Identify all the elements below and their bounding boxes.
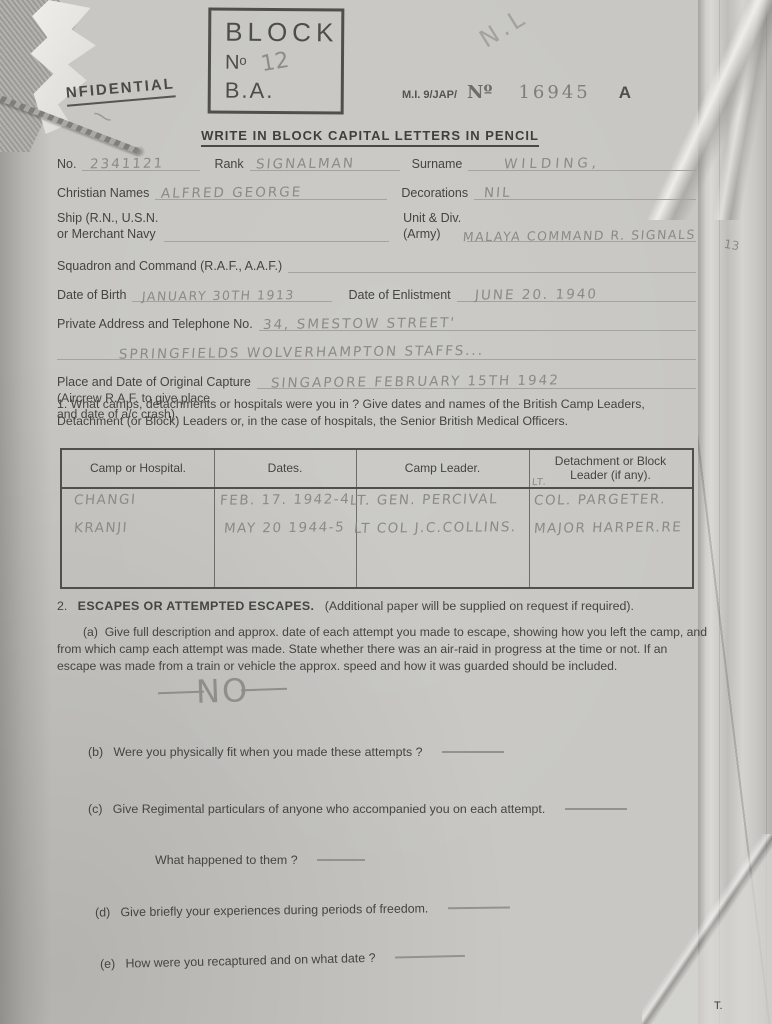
question-2d-label: (d) xyxy=(95,905,110,919)
field-decorations-value: NIL xyxy=(473,185,512,201)
field-rank-value: SIGNALMAN xyxy=(249,155,355,172)
file-ref-letter: A xyxy=(619,83,631,102)
field-surname-label: Surname xyxy=(400,157,469,171)
block-stamp-no-line: No12 xyxy=(225,50,341,76)
question-2c-label: (c) xyxy=(88,802,102,816)
pencil-scribble: ~ xyxy=(88,101,117,133)
row-christian-decorations: Christian Names ALFRED GEORGE Decoration… xyxy=(57,182,696,200)
answer-2a-no: NO xyxy=(157,670,287,712)
field-ship-line xyxy=(164,224,389,242)
question-2c: (c) Give Regimental particulars of anyon… xyxy=(88,802,627,816)
table-row-1-camp: CHANGI xyxy=(73,492,137,509)
file-ref-number: 16945 xyxy=(518,82,590,103)
field-unit-label: Unit & Div.(Army) xyxy=(389,211,467,242)
answer-2e-dash xyxy=(395,955,465,959)
block-stamp-title: BLOCK xyxy=(225,17,341,49)
field-address-value: 34, SMESTOW STREET' xyxy=(258,315,456,333)
table-header-camp: Camp or Hospital. xyxy=(62,450,214,487)
question-1: 1. What camps, detachments or hospitals … xyxy=(57,396,702,430)
field-dob-label: Date of Birth xyxy=(57,288,132,302)
field-christian-label: Christian Names xyxy=(57,186,155,200)
field-no-label: No. xyxy=(57,157,82,171)
field-dob-line: JANUARY 30TH 1913 xyxy=(132,284,332,302)
field-surname-line: WILDING, xyxy=(468,153,696,171)
field-capture-line: SINGAPORE FEBRUARY 15TH 1942 xyxy=(257,371,696,389)
field-unit-line: MALAYA COMMAND R. SIGNALS xyxy=(467,224,696,242)
file-reference: M.I. 9/JAP/Nº16945A xyxy=(402,82,631,103)
section-2-note: (Additional paper will be supplied on re… xyxy=(325,599,634,613)
pencil-note-top: N.L xyxy=(474,3,532,54)
table-row-2-dates: MAY 20 1944-5 xyxy=(223,519,346,536)
section-2-number: 2. xyxy=(57,599,67,613)
block-number-stamp: BLOCK No12 B.A. xyxy=(208,8,345,115)
table-row-1-detachment: COL. PARGETER. xyxy=(533,491,666,508)
question-2e: (e) How were you recaptured and on what … xyxy=(100,949,465,971)
section-2-heading: 2. ESCAPES OR ATTEMPTED ESCAPES. (Additi… xyxy=(57,599,707,613)
block-stamp-no-ordinal: o xyxy=(239,53,246,68)
field-christian-line: ALFRED GEORGE xyxy=(155,182,387,200)
question-2c2-text: What happened to them ? xyxy=(155,853,298,867)
corner-mark: T. xyxy=(714,1000,723,1012)
table-row-2-leader: LT COL J.C.COLLINS. xyxy=(353,519,517,537)
question-2d: (d) Give briefly your experiences during… xyxy=(95,900,510,919)
table-header-leader: Camp Leader. xyxy=(356,450,529,487)
question-2d-text: Give briefly your experiences during per… xyxy=(120,901,428,919)
personal-details-form: No. 2341121 Rank SIGNALMAN Surname WILDI… xyxy=(57,153,696,423)
field-rank-line: SIGNALMAN xyxy=(250,153,400,171)
section-2-title: ESCAPES OR ATTEMPTED ESCAPES. xyxy=(78,599,315,613)
field-unit-label-1: Unit & Div. xyxy=(403,211,461,225)
row-address-2: SPRINGFIELDS WOLVERHAMPTON STAFFS... xyxy=(57,342,696,360)
block-number-handwritten: 12 xyxy=(259,48,291,77)
answer-2c-dash xyxy=(565,808,627,810)
field-christian-value: ALFRED GEORGE xyxy=(155,184,303,202)
field-address-line-2: SPRINGFIELDS WOLVERHAMPTON STAFFS... xyxy=(57,342,696,360)
row-squadron: Squadron and Command (R.A.F., A.A.F.) xyxy=(57,255,696,273)
row-ship-unit: Ship (R.N., U.S.N.or Merchant Navy Unit … xyxy=(57,211,696,242)
field-surname-value: WILDING, xyxy=(468,155,601,172)
table-row-2-camp: KRANJI xyxy=(73,520,128,537)
question-2b: (b) Were you physically fit when you mad… xyxy=(88,745,504,759)
field-enlist-value: JUNE 20. 1940 xyxy=(456,287,598,304)
answer-2b-dash xyxy=(442,751,504,753)
question-2e-text: How were you recaptured and on what date… xyxy=(125,951,375,971)
question-2c-text: Give Regimental particulars of anyone wh… xyxy=(113,802,546,816)
row-dob-enlistment: Date of Birth JANUARY 30TH 1913 Date of … xyxy=(57,284,696,302)
field-ship-label: Ship (R.N., U.S.N.or Merchant Navy xyxy=(57,211,164,242)
field-squadron-label: Squadron and Command (R.A.F., A.A.F.) xyxy=(57,259,288,273)
field-unit-value: MALAYA COMMAND R. SIGNALS xyxy=(463,227,697,244)
table-header-dates: Dates. xyxy=(214,450,356,487)
field-address-label: Private Address and Telephone No. xyxy=(57,317,259,331)
file-ref-no-label: Nº xyxy=(467,82,492,103)
field-dob-value: JANUARY 30TH 1913 xyxy=(132,287,296,304)
field-enlist-line: JUNE 20. 1940 xyxy=(457,284,696,302)
question-2a-label: (a) xyxy=(83,625,98,639)
question-2b-label: (b) xyxy=(88,745,103,759)
field-address-value-2: SPRINGFIELDS WOLVERHAMPTON STAFFS... xyxy=(56,343,485,363)
bottom-right-fold xyxy=(642,834,772,1024)
field-no-value: 2341121 xyxy=(82,156,165,173)
camps-table: Camp or Hospital. Dates. Camp Leader. De… xyxy=(60,448,694,589)
field-enlist-label: Date of Enlistment xyxy=(332,288,456,302)
field-unit-label-2: (Army) xyxy=(403,227,441,241)
field-ship-label-1: Ship (R.N., U.S.N. xyxy=(57,211,158,225)
table-row-2-detachment: MAJOR HARPER.RE xyxy=(533,519,683,537)
field-address-line: 34, SMESTOW STREET' xyxy=(259,313,696,331)
field-no-line: 2341121 xyxy=(82,153,200,171)
table-row-1-leader: LT. GEN. PERCIVAL xyxy=(349,491,498,509)
pencil-strike-right xyxy=(241,687,287,691)
field-ship-label-2: or Merchant Navy xyxy=(57,227,156,241)
field-decorations-line: NIL xyxy=(474,182,696,200)
lt-annotation: LT. xyxy=(532,477,548,488)
field-capture-label: Place and Date of Original Capture xyxy=(57,375,257,389)
table-header-detachment: Detachment or Block Leader (if any). xyxy=(529,450,692,487)
question-2e-label: (e) xyxy=(100,957,115,971)
field-rank-label: Rank xyxy=(200,157,249,171)
question-2c2: What happened to them ? xyxy=(155,853,365,867)
margin-pencil-number: 13 xyxy=(723,237,740,253)
instruction-heading-text: WRITE IN BLOCK CAPITAL LETTERS IN PENCIL xyxy=(201,128,539,147)
scanned-document-page: NFIDENTIAL ~ BLOCK No12 B.A. M.I. 9/JAP/… xyxy=(0,0,772,1024)
file-ref-dept: M.I. 9/JAP/ xyxy=(402,89,457,101)
row-address: Private Address and Telephone No. 34, SM… xyxy=(57,313,696,331)
row-capture: Place and Date of Original Capture SINGA… xyxy=(57,371,696,389)
answer-2d-dash xyxy=(448,906,510,909)
question-2b-text: Were you physically fit when you made th… xyxy=(113,745,422,759)
question-2a-text: Give full description and approx. date o… xyxy=(57,625,707,673)
left-binding-shadow xyxy=(0,0,52,1024)
field-capture-value: SINGAPORE FEBRUARY 15TH 1942 xyxy=(256,373,560,392)
row-no-rank-surname: No. 2341121 Rank SIGNALMAN Surname WILDI… xyxy=(57,153,696,171)
answer-2c2-dash xyxy=(317,859,365,861)
block-stamp-org: B.A. xyxy=(225,78,341,105)
block-stamp-no-label: N xyxy=(225,52,240,74)
question-2a: (a) Give full description and approx. da… xyxy=(57,624,707,675)
field-squadron-line xyxy=(288,255,696,273)
instruction-heading: WRITE IN BLOCK CAPITAL LETTERS IN PENCIL xyxy=(150,127,590,147)
table-header-row: Camp or Hospital. Dates. Camp Leader. De… xyxy=(62,450,692,489)
field-decorations-label: Decorations xyxy=(387,186,474,200)
table-row-1-dates: FEB. 17. 1942-4 xyxy=(219,491,351,508)
